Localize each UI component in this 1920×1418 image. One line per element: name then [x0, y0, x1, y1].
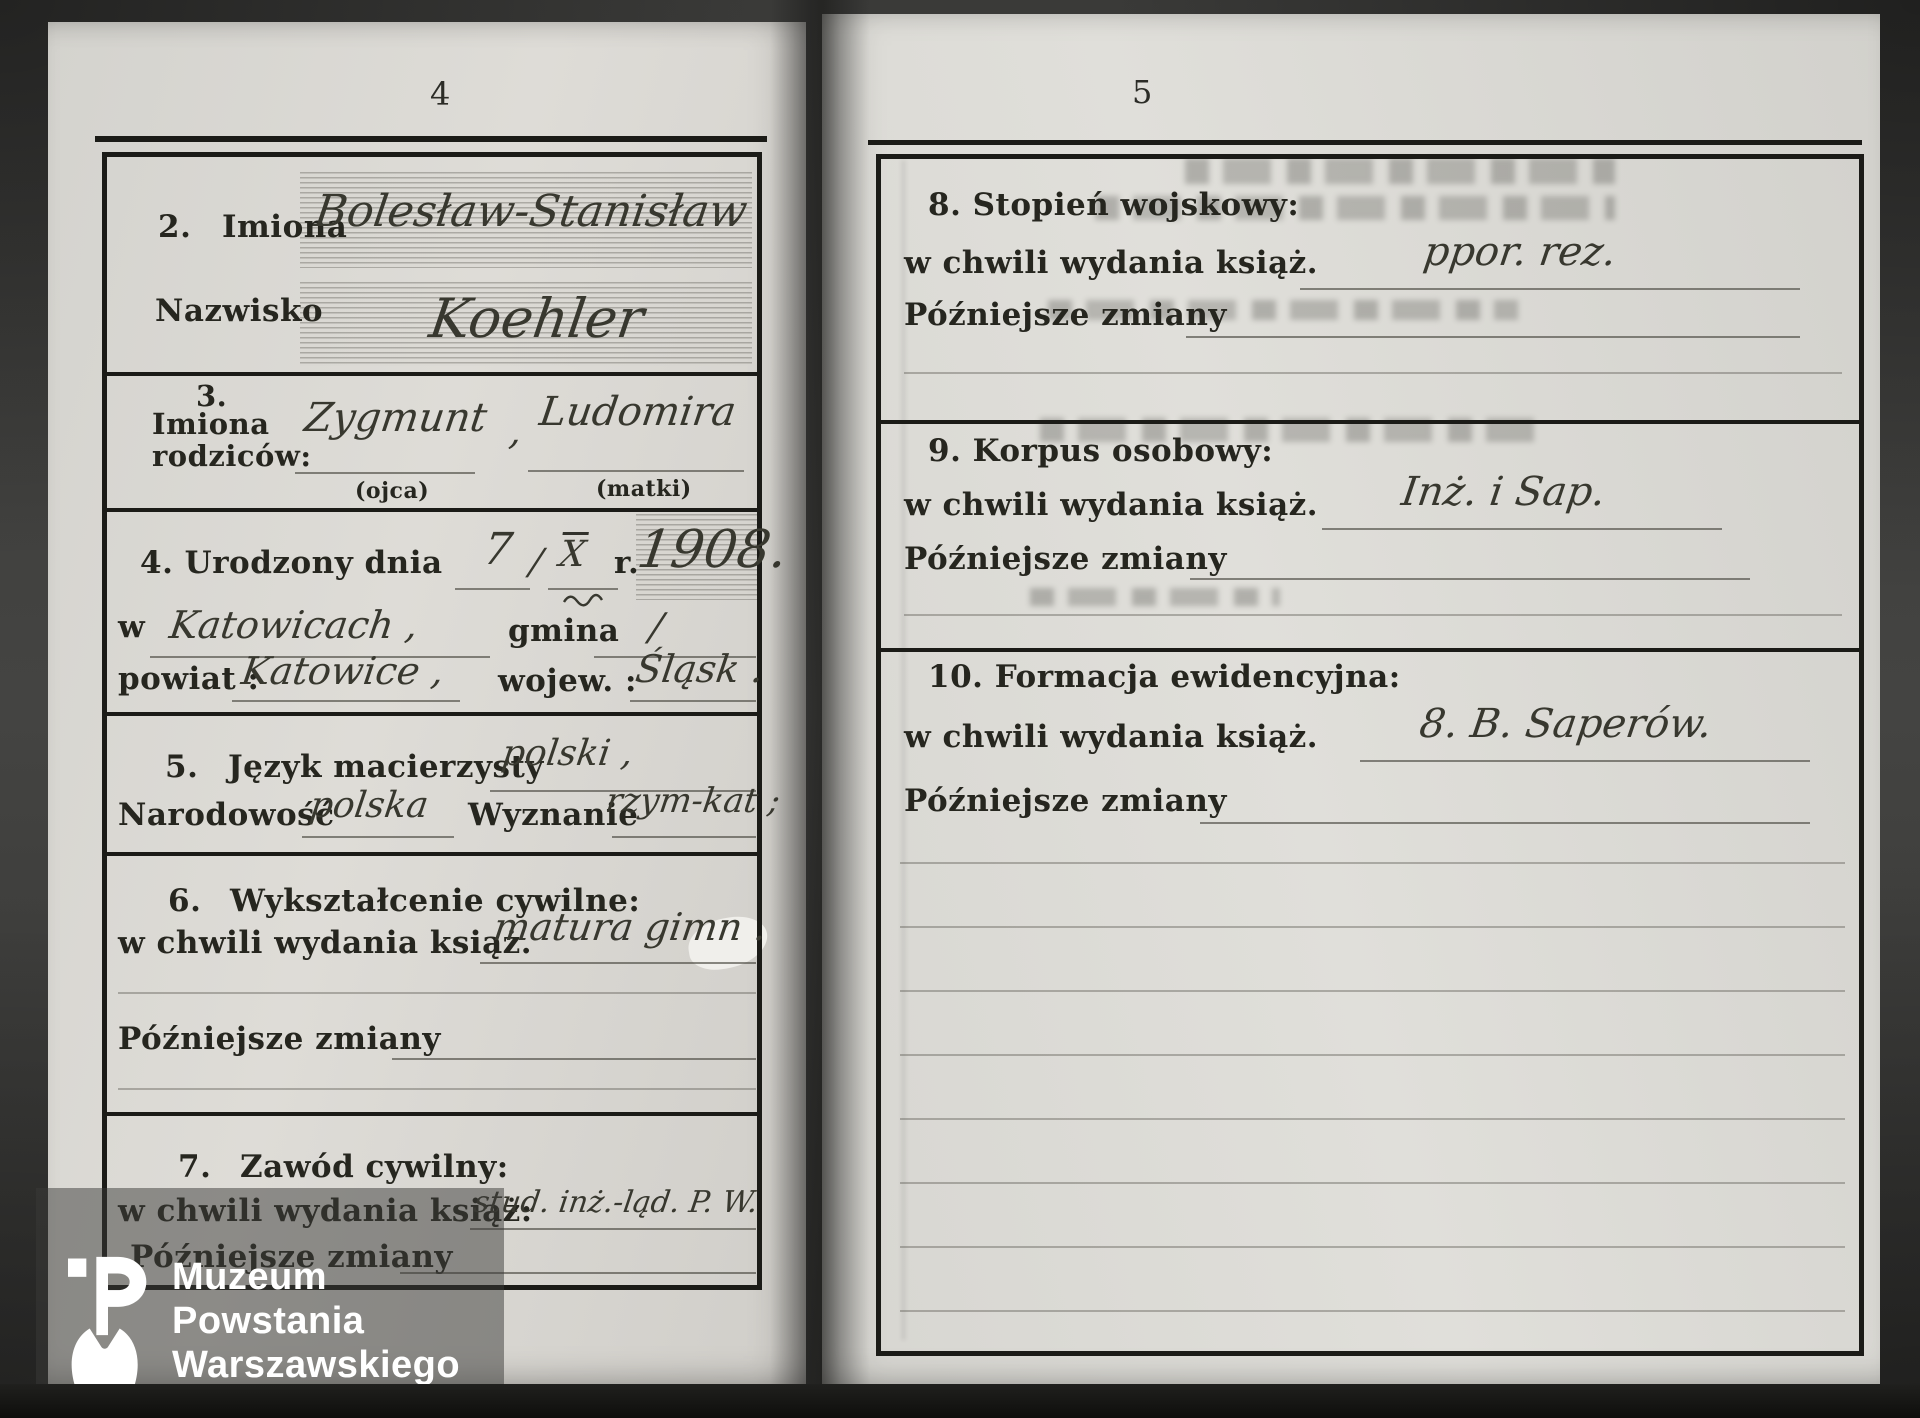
birth-year-value: 1908. [634, 524, 790, 576]
military-booklet-scan: 4 5 2. Imiona Bolesław-Stanisław Nazwisk… [0, 0, 1920, 1418]
underline [392, 1058, 756, 1060]
surname-label: Nazwisko [155, 296, 323, 327]
divider-line [107, 372, 757, 376]
mother-tongue-label: Język macierzysty [228, 752, 544, 783]
right-page-number: 5 [1132, 76, 1153, 108]
divider-line [107, 508, 757, 512]
gmina-label: gmina [508, 616, 619, 647]
mother-tongue-value: polski , [499, 736, 635, 772]
watermark-line-3: Warszawskiego [172, 1346, 460, 1384]
ruled-line [904, 614, 1842, 616]
ruled-line [904, 372, 1842, 374]
underline [1300, 288, 1800, 290]
section7-number: 7. [178, 1152, 211, 1183]
born-date-label: 4. Urodzony dnia [140, 548, 443, 579]
underline [480, 962, 756, 964]
mother-caption: (matki) [596, 478, 692, 500]
underline [1360, 760, 1810, 762]
underline [1322, 528, 1722, 530]
wojewodztwo-value: Śląsk . [633, 650, 766, 688]
later-changes-label: Późniejsze zmiany [118, 1024, 441, 1055]
underline [630, 700, 756, 702]
personnel-corps-title: 9. Korpus osobowy: [928, 436, 1273, 467]
section5-number: 5. [165, 752, 198, 783]
birth-place-value: Katowicach , [167, 606, 420, 644]
underline [1186, 336, 1800, 338]
at-issue-label: w chwili wydania książ. [118, 928, 532, 959]
ruled-line [900, 1118, 1845, 1120]
month-tilde-mark [562, 592, 604, 608]
ruled-line [118, 1088, 756, 1090]
ruled-line [900, 926, 1845, 928]
divider-line [881, 648, 1859, 652]
underline [548, 588, 618, 590]
father-name-value: Zygmunt [302, 398, 489, 438]
ruled-line [900, 990, 1845, 992]
given-names-value: Bolesław-Stanisław [312, 190, 750, 234]
nationality-value: polska [307, 788, 430, 824]
divider-line [107, 712, 757, 716]
powiat-value: Katowice , [239, 652, 446, 690]
parents-names-label-1: Imiona [152, 410, 270, 439]
at-issue-label: w chwili wydania książ. [904, 490, 1318, 521]
religion-value: rzym-kat ; [604, 784, 783, 818]
left-top-heavy-line [95, 136, 767, 142]
later-changes-label: Późniejsze zmiany [904, 786, 1227, 817]
book-cover-bottom-edge [0, 1384, 1920, 1418]
underline [232, 700, 460, 702]
civil-profession-value: stud. inż.-ląd. P. W. [472, 1188, 760, 1218]
right-top-heavy-line [868, 140, 1862, 145]
personnel-corps-value: Inż. i Sap. [1399, 472, 1608, 512]
civil-education-value: matura gimn . [491, 908, 769, 946]
ruled-line [900, 1246, 1845, 1248]
underline [295, 472, 475, 474]
ruled-line [900, 1310, 1845, 1312]
underline [302, 836, 454, 838]
underline [455, 588, 530, 590]
record-formation-value: 8. B. Saperów. [1417, 704, 1714, 744]
divider-line [107, 852, 757, 856]
divider-line [107, 1112, 757, 1116]
military-rank-value: ppor. rez. [1421, 232, 1619, 272]
warsaw-uprising-anchor-logo [58, 1242, 158, 1400]
wojewodztwo-label: wojew. : [498, 666, 637, 697]
section2-number: 2. [158, 212, 191, 243]
ruled-line [118, 992, 756, 994]
mother-name-value: Ludomira [537, 392, 738, 432]
right-page-frame [876, 154, 1864, 1356]
watermark-line-2: Powstania [172, 1302, 364, 1340]
underline [1200, 822, 1810, 824]
underline [470, 1228, 756, 1230]
underline [528, 470, 744, 472]
at-issue-label: w chwili wydania książ. [904, 248, 1318, 279]
ruled-line [900, 1182, 1845, 1184]
record-formation-title: 10. Formacja ewidencyjna: [928, 662, 1401, 693]
left-page-number: 4 [430, 78, 451, 110]
ruled-line [900, 862, 1845, 864]
at-issue-label: w chwili wydania książ. [904, 722, 1318, 753]
nationality-label: Narodowość [118, 800, 334, 831]
later-changes-label: Późniejsze zmiany [904, 544, 1227, 575]
father-caption: (ojca) [355, 480, 429, 502]
surname-value: Koehler [426, 292, 647, 346]
divider-line [881, 420, 1859, 424]
section6-number: 6. [168, 886, 201, 917]
birth-month-roman-value: X [557, 532, 588, 573]
later-changes-label: Późniejsze zmiany [904, 300, 1227, 331]
civil-profession-title: Zawód cywilny: [240, 1152, 509, 1183]
underline [1190, 578, 1750, 580]
underline [612, 836, 756, 838]
military-rank-title: 8. Stopień wojskowy: [928, 190, 1299, 221]
ruled-line [900, 1054, 1845, 1056]
parents-names-label-2: rodziców: [152, 442, 312, 471]
watermark-line-1: Muzeum [172, 1258, 327, 1296]
place-prefix-label: w [118, 612, 145, 643]
